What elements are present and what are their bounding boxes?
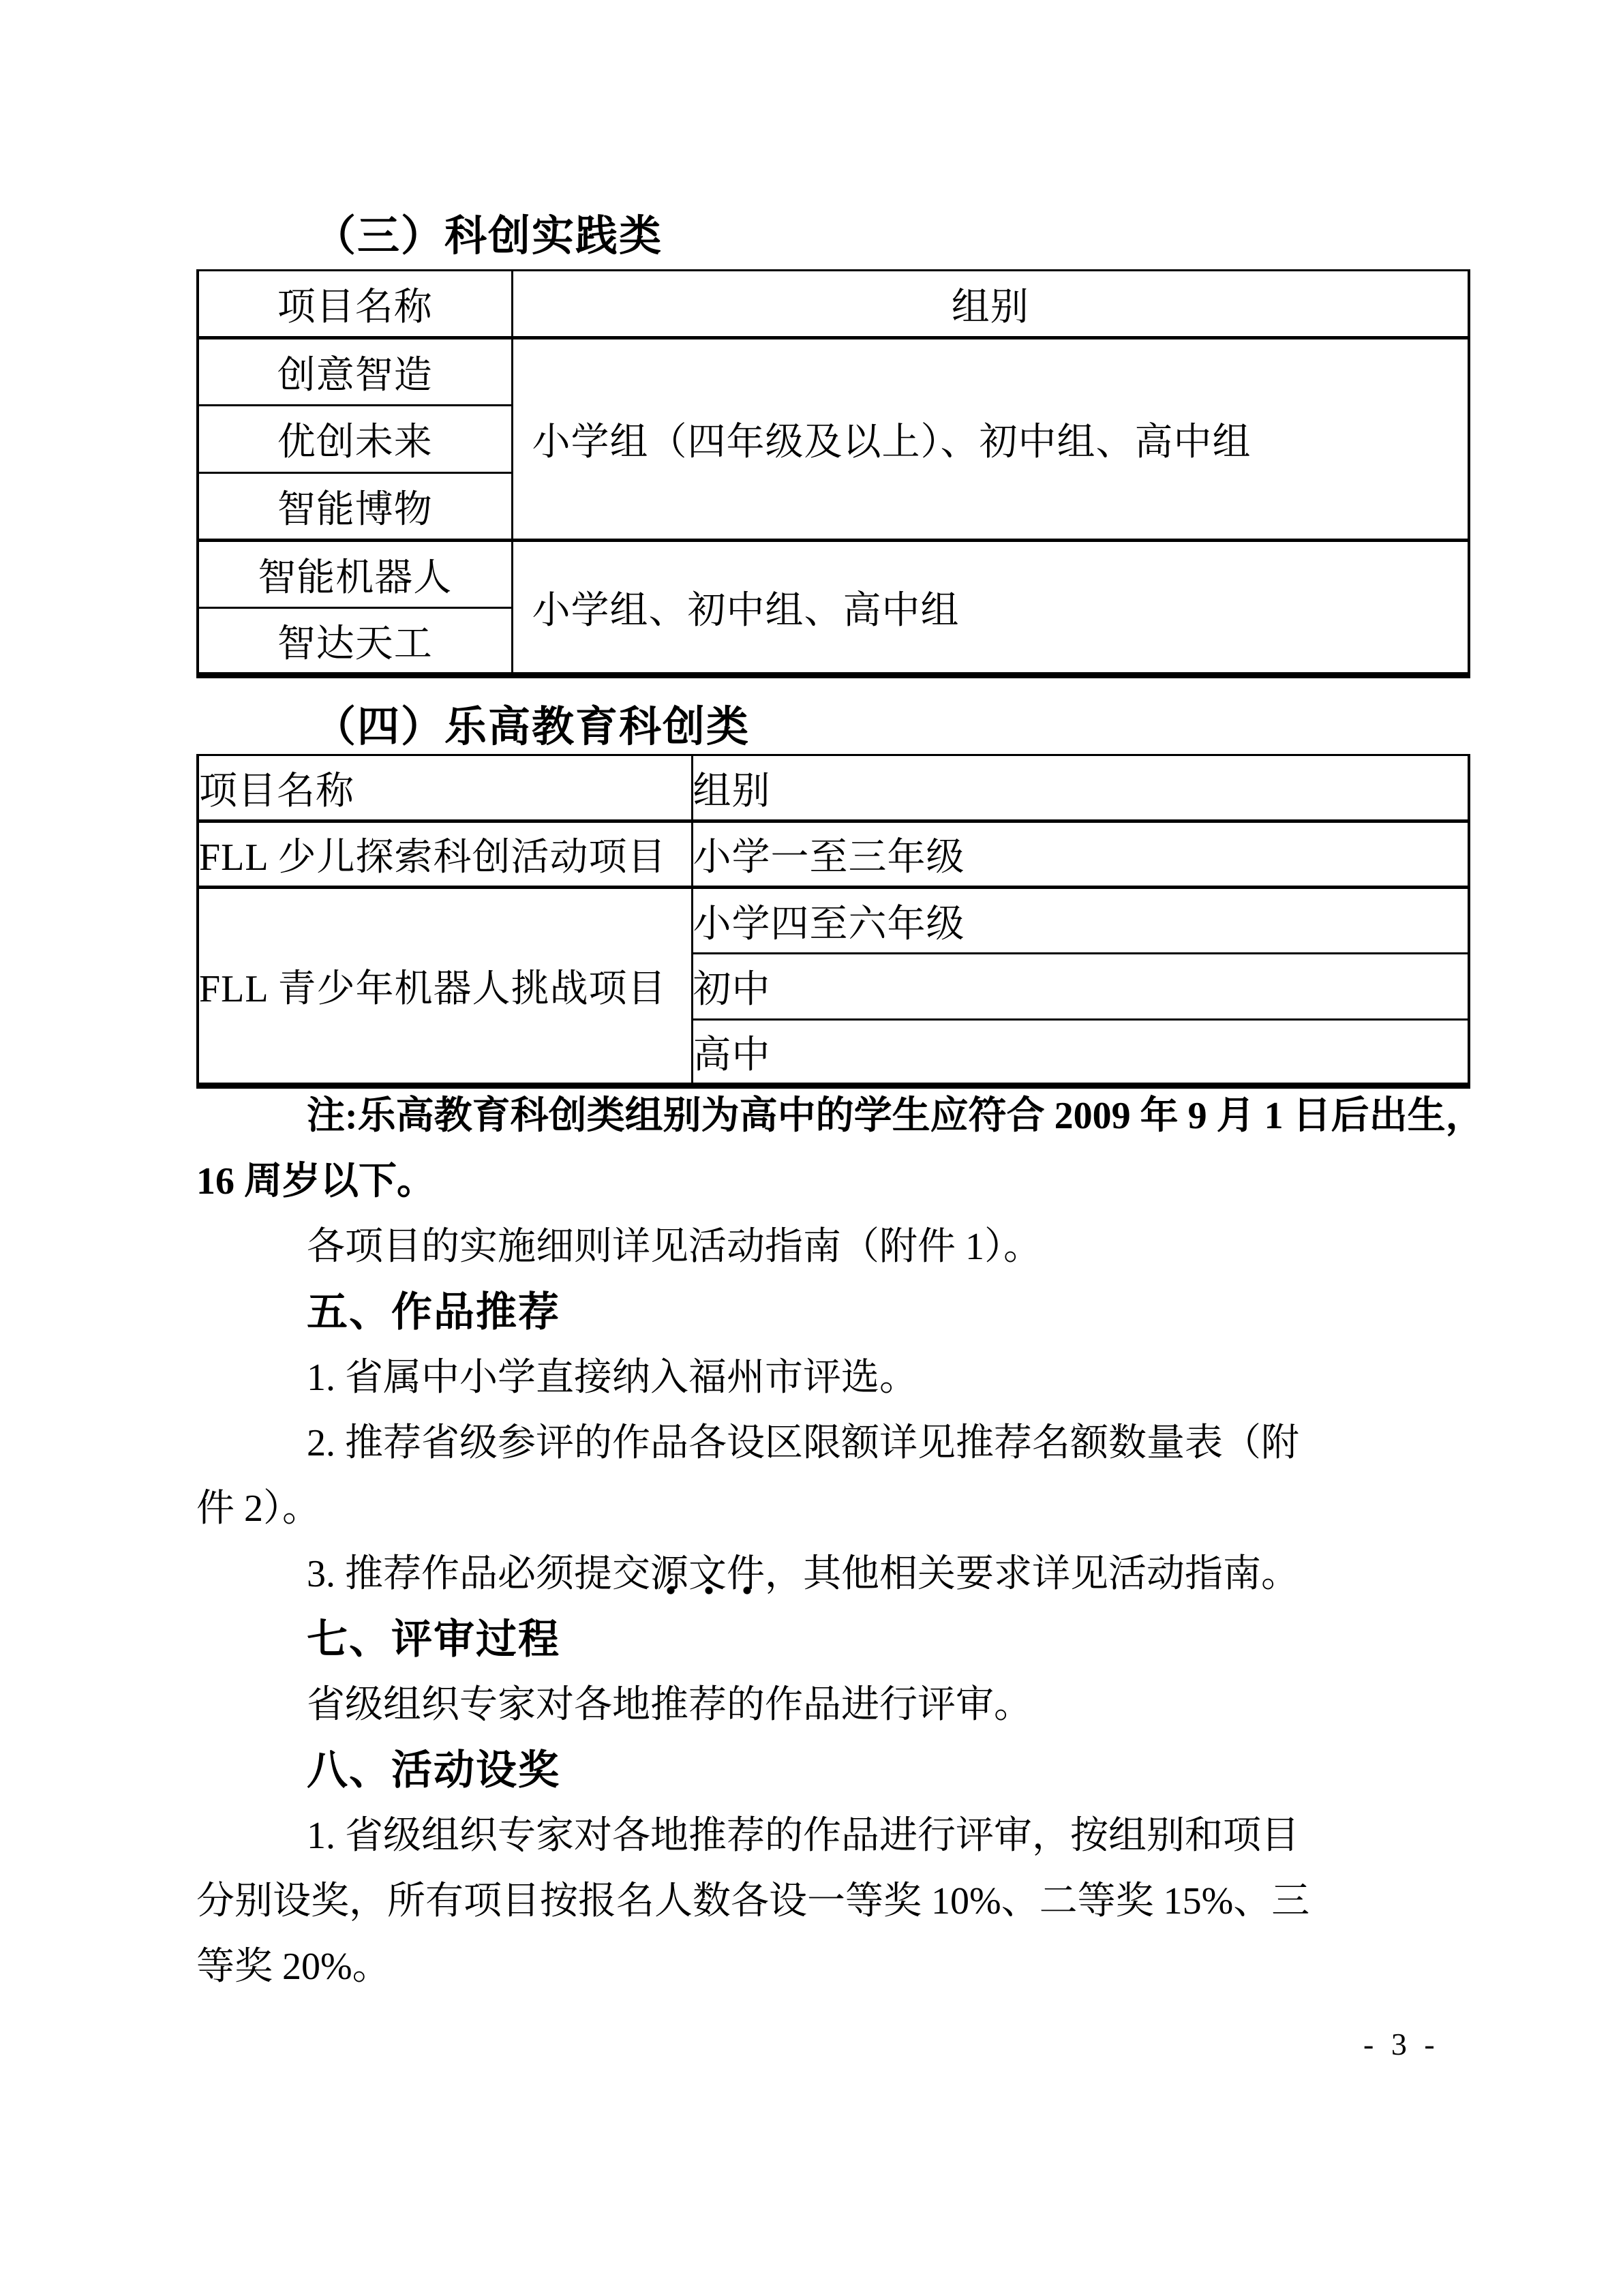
- section-3-table: 项目名称 组别 创意智造 小学组（四年级及以上）、初中组、高中组 优创未来 智能…: [196, 269, 1470, 678]
- table-row: FLL 青少年机器人挑战项目 小学四至六年级: [198, 888, 1469, 954]
- table1-project-cell: 智能机器人: [198, 541, 512, 608]
- page-number: - 3 -: [1363, 2026, 1440, 2062]
- heading-8: 八、活动设奖: [196, 1738, 1478, 1803]
- table2-header-group: 组别: [692, 755, 1469, 821]
- item-5-3: 3. 推荐作品必须提交源文件，其他相关要求详见活动指南。: [196, 1541, 1478, 1607]
- section-4-table: 项目名称 组别 FLL 少儿探索科创活动项目 小学一至三年级 FLL 青少年机器…: [196, 754, 1470, 1089]
- heading-5: 五、作品推荐: [196, 1280, 1478, 1345]
- item-5-2-line-1: 2. 推荐省级参评的作品各设区限额详见推荐名额数量表（附: [196, 1410, 1478, 1476]
- item-7-1: 省级组织专家对各地推荐的作品进行评审。: [196, 1672, 1478, 1738]
- table1-group-cell: 小学组、初中组、高中组: [512, 541, 1469, 676]
- document-page: （三）科创实践类 项目名称 组别 创意智造 小学组（四年级及以上）、初中组、高中…: [0, 0, 1623, 2296]
- table1-project-cell: 智能博物: [198, 473, 512, 541]
- table2-group-cell: 初中: [692, 954, 1469, 1020]
- note-line-2: 16 周岁以下。: [196, 1149, 1478, 1214]
- table-row: FLL 少儿探索科创活动项目 小学一至三年级: [198, 821, 1469, 888]
- table1-project-cell: 优创未来: [198, 406, 512, 473]
- item-5-3-post: ，其他相关要求详见活动指南。: [765, 1553, 1299, 1595]
- detail-line: 各项目的实施细则详见活动指南（附件 1）。: [196, 1214, 1478, 1280]
- item-5-3-pre: 3. 推荐作品必须提交: [307, 1553, 650, 1595]
- item-8-1-line-2: 分别设奖，所有项目按报名人数各设一等奖 10%、二等奖 15%、三: [196, 1869, 1478, 1934]
- table-header-row: 项目名称 组别: [198, 755, 1469, 821]
- table2-project-cell: FLL 少儿探索科创活动项目: [198, 821, 692, 888]
- table1-header-group: 组别: [512, 271, 1469, 338]
- table1-project-cell: 创意智造: [198, 338, 512, 406]
- item-8-1-line-1: 1. 省级组织专家对各地推荐的作品进行评审，按组别和项目: [196, 1803, 1478, 1869]
- note-line-1: 注:乐高教育科创类组别为高中的学生应符合 2009 年 9 月 1 日后出生，: [196, 1083, 1478, 1149]
- item-5-1: 1. 省属中小学直接纳入福州市评选。: [196, 1345, 1478, 1410]
- table-row: 创意智造 小学组（四年级及以上）、初中组、高中组: [198, 338, 1469, 406]
- section-3-title: （三）科创实践类: [314, 207, 663, 267]
- section-4-title: （四）乐高教育科创类: [314, 697, 750, 757]
- table1-project-cell: 智达天工: [198, 608, 512, 676]
- table2-group-cell: 小学一至三年级: [692, 821, 1469, 888]
- table2-group-cell: 小学四至六年级: [692, 888, 1469, 954]
- table2-project-cell: FLL 青少年机器人挑战项目: [198, 888, 692, 1086]
- body-text: 注:乐高教育科创类组别为高中的学生应符合 2009 年 9 月 1 日后出生， …: [196, 1083, 1478, 1999]
- table1-header-project: 项目名称: [198, 271, 512, 338]
- table1-group-cell: 小学组（四年级及以上）、初中组、高中组: [512, 338, 1469, 541]
- item-5-3-emphasized-text: 源文件: [650, 1553, 765, 1595]
- table-header-row: 项目名称 组别: [198, 271, 1469, 338]
- table2-header-project: 项目名称: [198, 755, 692, 821]
- heading-7: 七、评审过程: [196, 1607, 1478, 1672]
- item-5-2-line-2: 件 2）。: [196, 1476, 1478, 1541]
- item-8-1-line-3: 等奖 20%。: [196, 1934, 1478, 1999]
- table-row: 智能机器人 小学组、初中组、高中组: [198, 541, 1469, 608]
- table2-group-cell: 高中: [692, 1020, 1469, 1086]
